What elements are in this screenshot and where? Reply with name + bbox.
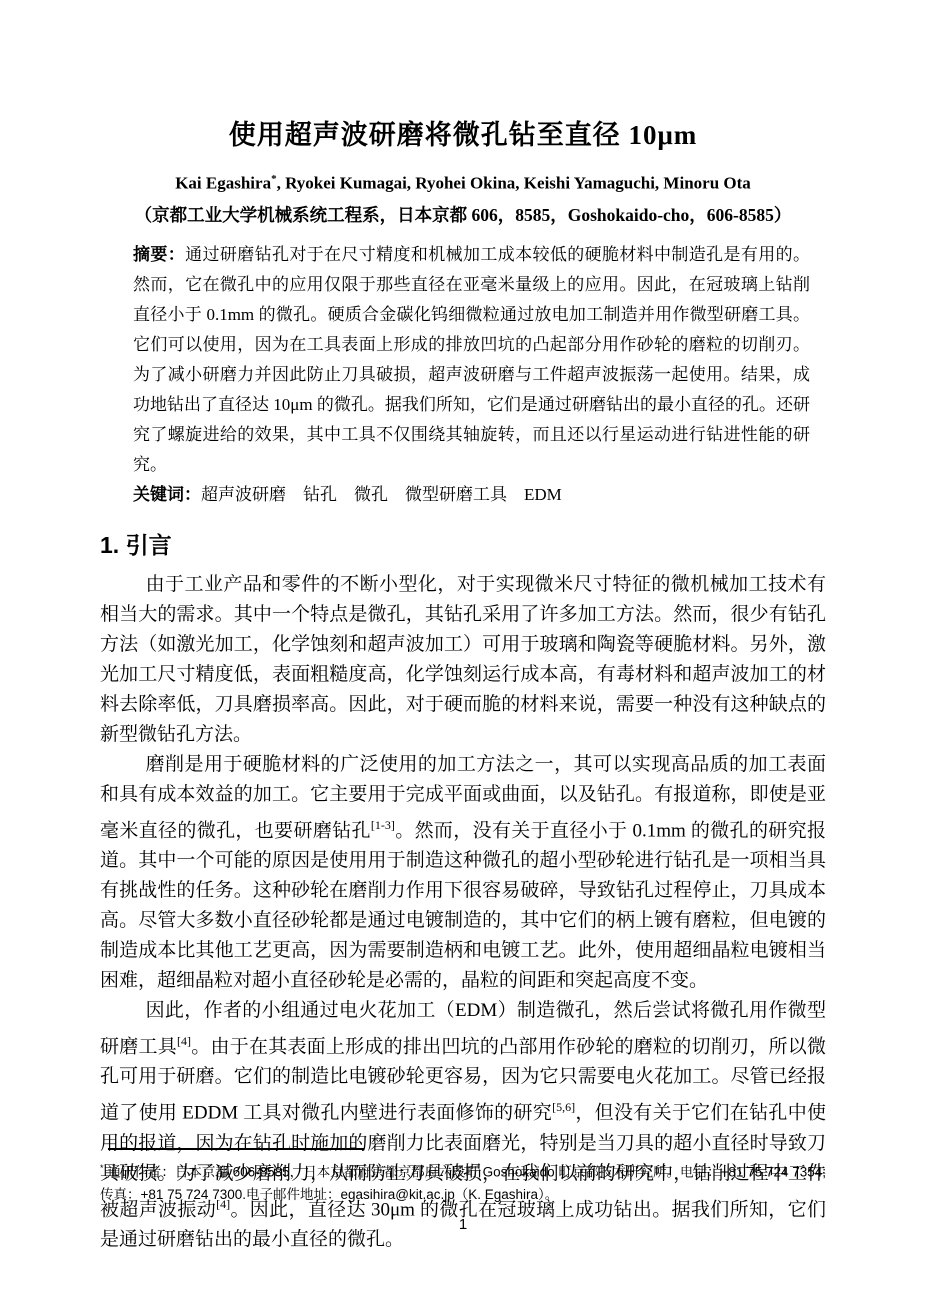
section-heading-introduction: 1. 引言 <box>100 530 826 560</box>
keywords-label: 关键词： <box>133 485 201 504</box>
keywords-text: 超声波研磨 钻孔 微孔 微型研磨工具 EDM <box>201 485 562 504</box>
document-page: 使用超声波研磨将微孔钻至直径 10μm Kai Egashira*, Ryoke… <box>0 0 926 1309</box>
footnote-body: 通讯作者：日本京都 606-8585，日本京都府京都京都府六段町 Goshoka… <box>100 1165 826 1202</box>
footnote-text: * 通讯作者：日本京都 606-8585，日本京都府京都京都府六段町 Gosho… <box>100 1157 826 1206</box>
intro-paragraph-2: 磨削是用于硬脆材料的广泛使用的加工方法之一，其可以实现高品质的加工表面和具有成本… <box>100 750 826 996</box>
footnote-separator <box>108 1148 364 1150</box>
author-lead: Kai Egashira <box>175 174 271 193</box>
abstract-label: 摘要： <box>133 245 185 264</box>
author-rest: , Ryokei Kumagai, Ryohei Okina, Keishi Y… <box>277 174 751 193</box>
author-line: Kai Egashira*, Ryokei Kumagai, Ryohei Ok… <box>100 168 826 195</box>
abstract-text: 通过研磨钻孔对于在尺寸精度和机械加工成本较低的硬脆材料中制造孔是有用的。然而，它… <box>133 245 810 474</box>
intro-paragraph-1: 由于工业产品和零件的不断小型化，对于实现微米尺寸特征的微机械加工技术有相当大的需… <box>100 570 826 750</box>
paper-title: 使用超声波研磨将微孔钻至直径 10μm <box>100 118 826 152</box>
affiliation-line: （京都工业大学机械系统工程系，日本京都 606，8585，Goshokaido-… <box>100 204 826 227</box>
keywords-line: 关键词：超声波研磨 钻孔 微孔 微型研磨工具 EDM <box>133 480 810 510</box>
footnote-area: * 通讯作者：日本京都 606-8585，日本京都府京都京都府六段町 Gosho… <box>100 1148 826 1206</box>
abstract-block: 摘要：通过研磨钻孔对于在尺寸精度和机械加工成本较低的硬脆材料中制造孔是有用的。然… <box>133 240 810 480</box>
page-number: 1 <box>0 1216 926 1233</box>
